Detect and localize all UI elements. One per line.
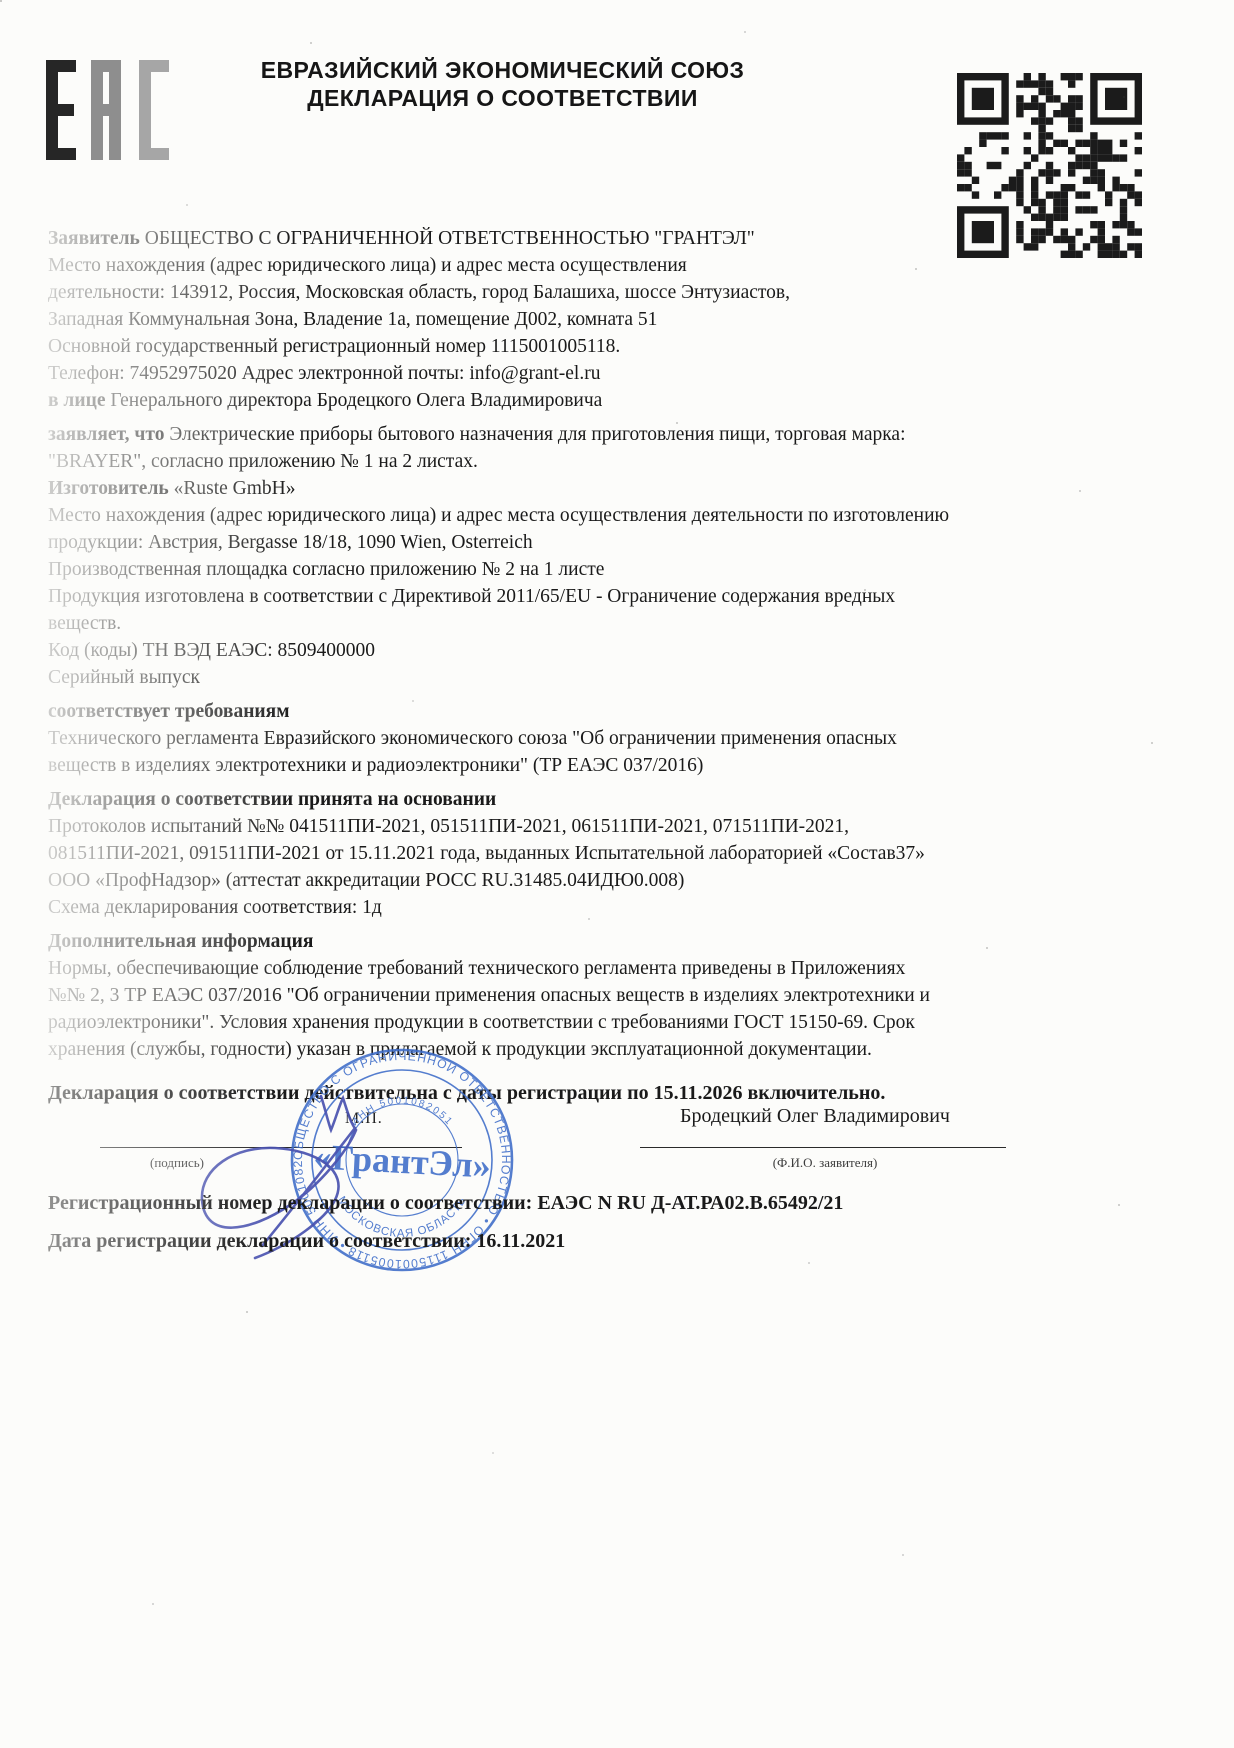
qr-module xyxy=(1009,177,1016,184)
qr-module xyxy=(1127,184,1134,191)
qr-module xyxy=(1068,110,1075,117)
line-text: №№ 2, 3 ТР ЕАЭС 037/2016 "Об ограничении… xyxy=(48,985,930,1006)
document-body: Заявитель ОБЩЕСТВО С ОГРАНИЧЕННОЙ ОТВЕТС… xyxy=(48,225,1198,1063)
text-line: Место нахождения (адрес юридического лиц… xyxy=(48,252,1198,279)
line-text: Место нахождения (адрес юридического лиц… xyxy=(48,505,949,526)
qr-module xyxy=(1061,199,1068,206)
line-text: Производственная площадка согласно прило… xyxy=(48,559,604,580)
line-text: 081511ПИ-2021, 091511ПИ-2021 от 15.11.20… xyxy=(48,843,925,864)
qr-module xyxy=(1105,147,1112,154)
line-text: Электрические приборы бытового назначени… xyxy=(165,424,906,445)
qr-module xyxy=(1135,147,1142,154)
qr-module xyxy=(1090,140,1097,147)
qr-module xyxy=(1024,206,1031,213)
qr-module xyxy=(1090,169,1097,176)
text-line: в лице Генерального директора Бродецкого… xyxy=(48,387,1198,414)
text-line: Код (коды) ТН ВЭД ЕАЭС: 8509400000 xyxy=(48,637,1198,664)
qr-module xyxy=(1083,140,1090,147)
bold-label: Заявитель xyxy=(48,228,140,249)
eac-letter-c xyxy=(139,60,169,160)
line-text: Схема декларирования соответствия: 1д xyxy=(48,897,382,918)
qr-module xyxy=(1016,184,1023,191)
registration-date-line: Дата регистрации декларации о соответств… xyxy=(48,1230,565,1253)
line-text: веществ в изделиях электротехники и ради… xyxy=(48,755,703,776)
qr-module xyxy=(964,169,971,176)
qr-module xyxy=(1038,80,1045,87)
qr-module xyxy=(1038,73,1045,80)
fio-caption: (Ф.И.О. заявителя) xyxy=(690,1155,960,1171)
text-line: Протоколов испытаний №№ 041511ПИ-2021, 0… xyxy=(48,813,1198,840)
eac-letter-a xyxy=(91,60,121,160)
bold-label: заявляет, что xyxy=(48,424,165,445)
qr-module xyxy=(1083,206,1090,213)
qr-module xyxy=(1075,206,1082,213)
qr-module xyxy=(1090,162,1097,169)
bold-label: Изготовитель xyxy=(48,478,169,499)
qr-module xyxy=(1001,132,1008,139)
qr-module xyxy=(1075,162,1082,169)
declaration-document: ЕВРАЗИЙСКИЙ ЭКОНОМИЧЕСКИЙ СОЮЗ ДЕКЛАРАЦИ… xyxy=(0,0,1234,1748)
text-line: 081511ПИ-2021, 091511ПИ-2021 от 15.11.20… xyxy=(48,840,1198,867)
qr-module xyxy=(1061,103,1068,110)
bold-label: Декларация о соответствии принята на осн… xyxy=(48,789,496,810)
text-line: Схема декларирования соответствия: 1д xyxy=(48,894,1198,921)
text-line: Производственная площадка согласно прило… xyxy=(48,556,1198,583)
line-text: Основной государственный регистрационный… xyxy=(48,336,620,357)
qr-module xyxy=(1053,169,1060,176)
qr-module xyxy=(1090,154,1097,161)
scan-noise-dots xyxy=(0,0,2,2)
qr-module xyxy=(1024,147,1031,154)
qr-module xyxy=(979,132,986,139)
qr-module xyxy=(1083,162,1090,169)
qr-module xyxy=(1053,214,1060,221)
qr-module xyxy=(1075,125,1082,132)
line-text: Технического регламента Евразийского эко… xyxy=(48,728,897,749)
text-line: Основной государственный регистрационный… xyxy=(48,333,1198,360)
qr-module xyxy=(1068,169,1075,176)
bold-label: в лице xyxy=(48,390,105,411)
text-line: Дополнительная информация xyxy=(48,928,1198,955)
qr-module xyxy=(972,191,979,198)
qr-module xyxy=(1046,95,1053,102)
qr-module xyxy=(1068,184,1075,191)
qr-module xyxy=(1024,162,1031,169)
text-line: Декларация о соответствии принята на осн… xyxy=(48,786,1198,813)
qr-module xyxy=(1112,177,1119,184)
qr-module xyxy=(1046,169,1053,176)
qr-module xyxy=(1105,140,1112,147)
qr-module xyxy=(1038,214,1045,221)
qr-module xyxy=(1098,154,1105,161)
qr-module xyxy=(1053,110,1060,117)
qr-module xyxy=(1031,191,1038,198)
text-line: Телефон: 74952975020 Адрес электронной п… xyxy=(48,360,1198,387)
qr-module xyxy=(1038,110,1045,117)
line-text: Генерального директора Бродецкого Олега … xyxy=(105,390,602,411)
qr-module xyxy=(1046,177,1053,184)
qr-module xyxy=(1009,184,1016,191)
text-line: Заявитель ОБЩЕСТВО С ОГРАНИЧЕННОЙ ОТВЕТС… xyxy=(48,225,1198,252)
qr-module xyxy=(1075,103,1082,110)
qr-module xyxy=(1068,147,1075,154)
qr-module xyxy=(1098,177,1105,184)
title-union: ЕВРАЗИЙСКИЙ ЭКОНОМИЧЕСКИЙ СОЮЗ xyxy=(225,56,780,84)
qr-module xyxy=(1075,140,1082,147)
line-text: Протоколов испытаний №№ 041511ПИ-2021, 0… xyxy=(48,816,849,837)
text-line: заявляет, что Электрические приборы быто… xyxy=(48,421,1198,448)
qr-module xyxy=(1068,95,1075,102)
registration-number-line: Регистрационный номер декларации о соотв… xyxy=(48,1192,843,1215)
qr-module xyxy=(1053,95,1060,102)
text-line: Изготовитель «Ruste GmbH» xyxy=(48,475,1198,502)
qr-module xyxy=(1135,191,1142,198)
text-line: продукции: Австрия, Bergasse 18/18, 1090… xyxy=(48,529,1198,556)
qr-module xyxy=(964,147,971,154)
text-line: Место нахождения (адрес юридического лиц… xyxy=(48,502,1198,529)
qr-module xyxy=(1031,95,1038,102)
qr-module xyxy=(964,184,971,191)
qr-module xyxy=(1135,169,1142,176)
line-text: Телефон: 74952975020 Адрес электронной п… xyxy=(48,363,600,384)
fio-line xyxy=(640,1147,1006,1148)
eac-mark-icon xyxy=(46,60,171,160)
qr-module xyxy=(1061,73,1068,80)
text-line: соответствует требованиям xyxy=(48,698,1198,725)
qr-module xyxy=(1135,199,1142,206)
qr-module xyxy=(1105,191,1112,198)
qr-module xyxy=(1120,154,1127,161)
qr-module xyxy=(1046,147,1053,154)
qr-module xyxy=(1046,132,1053,139)
qr-module xyxy=(1038,169,1045,176)
qr-module xyxy=(964,162,971,169)
qr-module xyxy=(1075,191,1082,198)
qr-module xyxy=(972,88,994,110)
qr-module xyxy=(957,184,964,191)
text-line: веществ. xyxy=(48,610,1198,637)
qr-module xyxy=(1038,103,1045,110)
line-text: радиоэлектроники". Условия хранения прод… xyxy=(48,1012,915,1033)
qr-module xyxy=(1031,184,1038,191)
qr-module xyxy=(1135,132,1142,139)
qr-module xyxy=(1112,154,1119,161)
qr-module xyxy=(1053,206,1060,213)
qr-module xyxy=(1105,88,1127,110)
qr-module xyxy=(957,169,964,176)
qr-module xyxy=(1053,140,1060,147)
qr-module xyxy=(1068,73,1075,80)
text-line: хранения (службы, годности) указан в при… xyxy=(48,1036,1198,1063)
qr-module xyxy=(1120,140,1127,147)
qr-module xyxy=(1061,206,1068,213)
qr-module xyxy=(1068,162,1075,169)
qr-module xyxy=(1016,199,1023,206)
qr-module xyxy=(979,140,986,147)
qr-module xyxy=(1038,88,1045,95)
bold-label: Дополнительная информация xyxy=(48,931,313,952)
text-line: №№ 2, 3 ТР ЕАЭС 037/2016 "Об ограничении… xyxy=(48,982,1198,1009)
qr-module xyxy=(1061,184,1068,191)
text-line: Серийный выпуск xyxy=(48,664,1198,691)
qr-module xyxy=(1024,73,1031,80)
qr-module xyxy=(972,177,979,184)
qr-module xyxy=(1031,199,1038,206)
qr-module xyxy=(1038,125,1045,132)
qr-module xyxy=(1061,110,1068,117)
qr-module xyxy=(1046,214,1053,221)
qr-module xyxy=(1120,206,1127,213)
qr-module xyxy=(1001,147,1008,154)
text-line: Нормы, обеспечивающие соблюдение требова… xyxy=(48,955,1198,982)
line-text: Место нахождения (адрес юридического лиц… xyxy=(48,255,687,276)
qr-module xyxy=(1120,199,1127,206)
qr-module xyxy=(1016,95,1023,102)
line-text: деятельности: 143912, Россия, Московская… xyxy=(48,282,790,303)
line-text: ОБЩЕСТВО С ОГРАНИЧЕННОЙ ОТВЕТСТВЕННОСТЬЮ… xyxy=(140,228,755,249)
qr-module xyxy=(1061,214,1068,221)
qr-module xyxy=(1098,147,1105,154)
qr-module xyxy=(1024,103,1031,110)
signer-name: Бродецкий Олег Владимирович xyxy=(615,1105,1015,1128)
qr-module xyxy=(1031,154,1038,161)
qr-module xyxy=(1031,117,1038,124)
qr-module xyxy=(1016,169,1023,176)
text-line: Западная Коммунальная Зона, Владение 1а,… xyxy=(48,306,1198,333)
qr-module xyxy=(1090,147,1097,154)
qr-module xyxy=(1098,169,1105,176)
qr-module xyxy=(1098,140,1105,147)
qr-module xyxy=(1090,132,1097,139)
line-text: «Ruste GmbH» xyxy=(169,478,296,499)
qr-module xyxy=(1046,117,1053,124)
qr-module xyxy=(1016,110,1023,117)
text-line: "BRAYER", согласно приложению № 1 на 2 л… xyxy=(48,448,1198,475)
text-line: Продукция изготовлена в соответствии с Д… xyxy=(48,583,1198,610)
qr-module xyxy=(1024,132,1031,139)
qr-module xyxy=(957,154,964,161)
qr-module xyxy=(1075,95,1082,102)
line-text: "BRAYER", согласно приложению № 1 на 2 л… xyxy=(48,451,478,472)
qr-module xyxy=(1112,184,1119,191)
qr-module xyxy=(1083,191,1090,198)
qr-module xyxy=(987,132,994,139)
text-line: Технического регламента Евразийского эко… xyxy=(48,725,1198,752)
qr-module xyxy=(1038,117,1045,124)
qr-module xyxy=(1053,191,1060,198)
qr-module xyxy=(1046,191,1053,198)
title-declaration: ДЕКЛАРАЦИЯ О СООТВЕТСТВИИ xyxy=(225,84,780,112)
line-text: Нормы, обеспечивающие соблюдение требова… xyxy=(48,958,905,979)
qr-module xyxy=(1038,206,1045,213)
qr-module xyxy=(1038,132,1045,139)
qr-module xyxy=(957,162,964,169)
qr-module xyxy=(1105,199,1112,206)
qr-module xyxy=(1120,214,1127,221)
qr-module xyxy=(1046,80,1053,87)
bold-label: соответствует требованиям xyxy=(48,701,290,722)
qr-module xyxy=(1075,117,1082,124)
qr-module xyxy=(1016,177,1023,184)
qr-module xyxy=(1001,184,1008,191)
line-text: веществ. xyxy=(48,613,121,634)
qr-module xyxy=(1031,214,1038,221)
line-text: Серийный выпуск xyxy=(48,667,200,688)
qr-module xyxy=(1090,177,1097,184)
text-line: ООО «ПрофНадзор» (аттестат аккредитации … xyxy=(48,867,1198,894)
line-text: Западная Коммунальная Зона, Владение 1а,… xyxy=(48,309,657,330)
qr-module xyxy=(1075,154,1082,161)
eac-letter-e xyxy=(46,60,76,160)
qr-module xyxy=(1075,73,1082,80)
qr-module xyxy=(1016,80,1023,87)
line-text: ООО «ПрофНадзор» (аттестат аккредитации … xyxy=(48,870,684,891)
line-text: продукции: Австрия, Bergasse 18/18, 1090… xyxy=(48,532,533,553)
qr-module xyxy=(1068,117,1075,124)
qr-module xyxy=(1068,103,1075,110)
qr-module xyxy=(994,132,1001,139)
qr-module xyxy=(1061,140,1068,147)
text-line: веществ в изделиях электротехники и ради… xyxy=(48,752,1198,779)
qr-module xyxy=(1053,199,1060,206)
qr-module xyxy=(1068,80,1075,87)
text-line: радиоэлектроники". Условия хранения прод… xyxy=(48,1009,1198,1036)
qr-module xyxy=(1038,140,1045,147)
qr-module xyxy=(1031,177,1038,184)
qr-module xyxy=(1083,154,1090,161)
line-text: Код (коды) ТН ВЭД ЕАЭС: 8509400000 xyxy=(48,640,375,661)
qr-module xyxy=(1046,88,1053,95)
qr-module xyxy=(1083,177,1090,184)
qr-module xyxy=(1068,125,1075,132)
qr-module xyxy=(994,162,1001,169)
qr-module xyxy=(1038,199,1045,206)
text-line: деятельности: 143912, Россия, Московская… xyxy=(48,279,1198,306)
qr-module xyxy=(1061,191,1068,198)
qr-module xyxy=(994,191,1001,198)
qr-module xyxy=(1024,80,1031,87)
qr-module xyxy=(1016,103,1023,110)
qr-module xyxy=(1090,206,1097,213)
qr-module xyxy=(1031,103,1038,110)
qr-module xyxy=(1105,154,1112,161)
qr-module xyxy=(1038,147,1045,154)
qr-module xyxy=(1098,184,1105,191)
line-text: Продукция изготовлена в соответствии с Д… xyxy=(48,586,895,607)
qr-module xyxy=(1046,162,1053,169)
qr-module xyxy=(1016,191,1023,198)
qr-module xyxy=(1127,191,1134,198)
qr-module xyxy=(1120,184,1127,191)
qr-module xyxy=(1031,80,1038,87)
document-header: ЕВРАЗИЙСКИЙ ЭКОНОМИЧЕСКИЙ СОЮЗ ДЕКЛАРАЦИ… xyxy=(225,56,780,112)
qr-module xyxy=(987,162,994,169)
